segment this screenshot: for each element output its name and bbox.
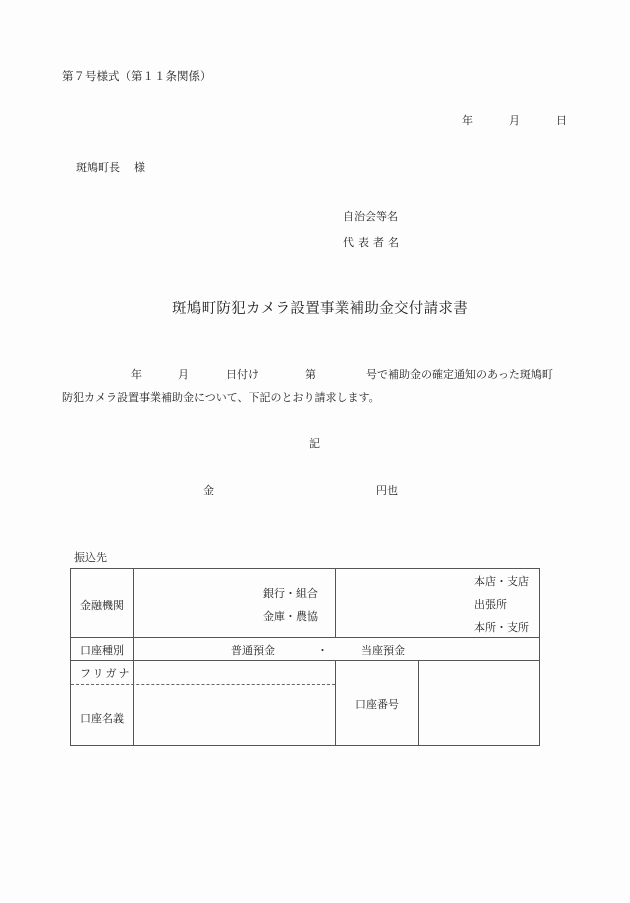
table-divider (71, 637, 539, 638)
amount-suffix: 円也 (376, 482, 398, 498)
body-month: 月 (178, 366, 189, 382)
transfer-heading: 振込先 (74, 549, 107, 565)
body-line1-tail: 号で補助金の確定通知のあった斑鳩町 (366, 366, 553, 382)
branch-type-1: 本店・支店 (474, 573, 529, 589)
table-divider (335, 569, 336, 637)
account-holder-field[interactable] (134, 685, 334, 744)
account-type-ordinary[interactable]: 普通預金 (231, 642, 275, 658)
account-type-label: 口座種別 (80, 642, 124, 658)
furigana-label: フリガナ (80, 665, 131, 681)
addressee-honorific: 様 (134, 161, 145, 174)
bank-type-2: 金庫・農協 (263, 608, 318, 624)
furigana-field[interactable] (134, 661, 334, 683)
account-type-checking[interactable]: 当座預金 (361, 642, 405, 658)
date-year-label: 年 (462, 112, 473, 128)
branch-type-2: 出張所 (474, 596, 507, 612)
financial-institution-label: 金融機関 (80, 597, 124, 613)
addressee-name: 斑鳩町長 (76, 161, 120, 174)
body-number-prefix: 第 (305, 366, 316, 382)
amount-prefix: 金 (203, 482, 214, 498)
addressee: 斑鳩町長様 (76, 159, 145, 175)
body-year: 年 (131, 366, 142, 382)
date-day-label: 日 (556, 112, 567, 128)
ki-heading: 記 (309, 435, 320, 451)
organization-label: 自治会等名 (343, 208, 398, 224)
form-number: 第７号様式（第１１条関係） (62, 68, 212, 84)
branch-type-3: 本所・支所 (474, 619, 529, 635)
account-holder-label: 口座名義 (80, 710, 124, 726)
transfer-table: 金融機関 銀行・組合 金庫・農協 本店・支店 出張所 本所・支所 口座種別 普通… (70, 568, 540, 746)
table-divider (335, 660, 336, 745)
account-number-field[interactable] (419, 661, 538, 744)
body-line-1: 年 月 日付け 第 号で補助金の確定通知のあった斑鳩町 (0, 366, 630, 382)
account-type-separator: ・ (317, 642, 328, 658)
date-month-label: 月 (509, 112, 520, 128)
account-number-label: 口座番号 (355, 696, 399, 712)
body-dated: 日付け (226, 366, 259, 382)
representative-label: 代表者名 (343, 234, 403, 250)
bank-type-1: 銀行・組合 (263, 585, 318, 601)
document-title: 斑鳩町防犯カメラ設置事業補助金交付請求書 (172, 297, 468, 318)
body-line-2: 防犯カメラ設置事業補助金について、下記のとおり請求します。 (62, 389, 380, 405)
